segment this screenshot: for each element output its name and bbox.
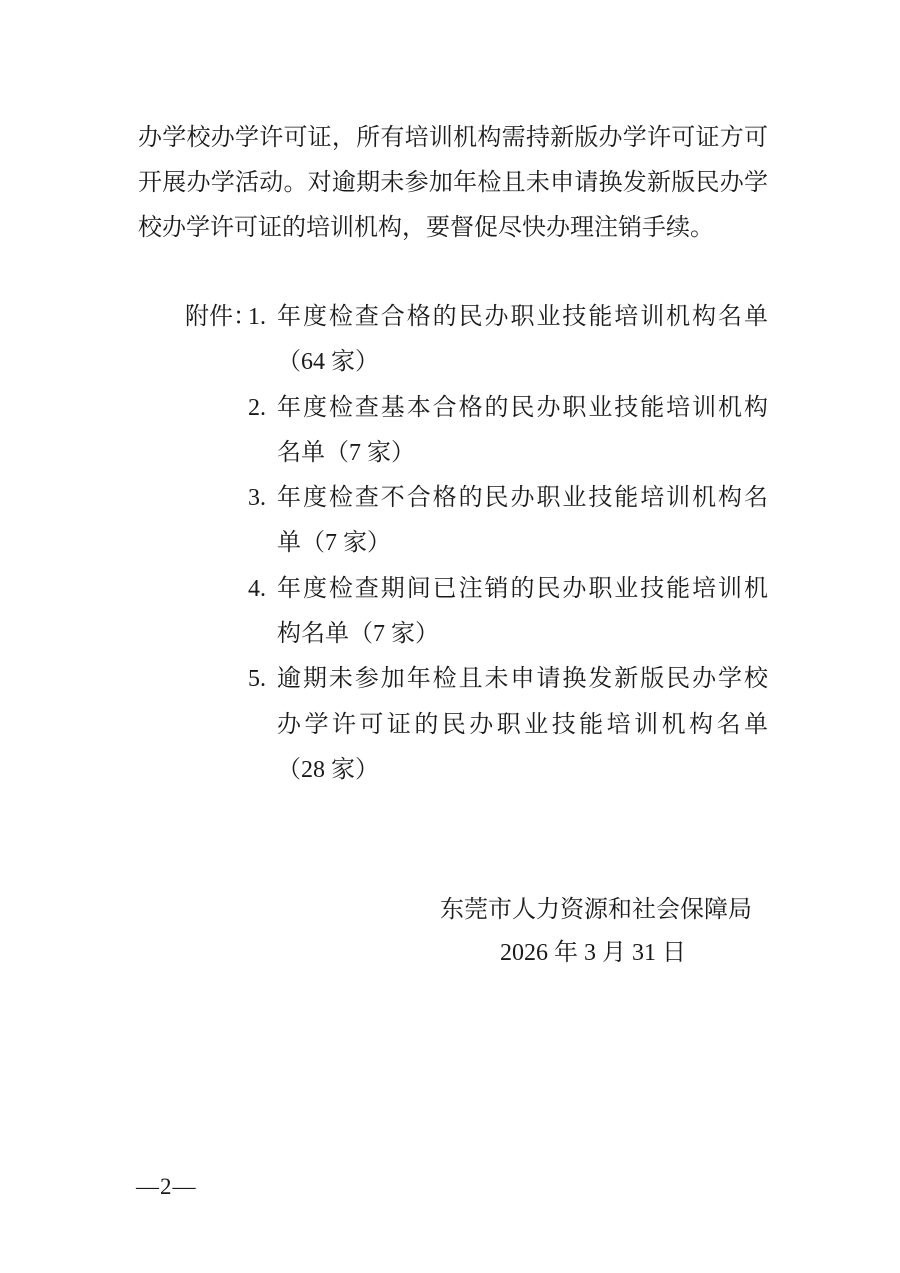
attachment-list: 附件：1.年度检查合格的民办职业技能培训机构名单（64 家）2.年度检查基本合格…: [138, 295, 768, 793]
attachment-item-continuation: 单（7 家）: [138, 521, 768, 566]
attachment-item-continuation: 办学许可证的民办职业技能培训机构名单: [138, 703, 768, 748]
attachment-item-continuation: 名单（7 家）: [138, 431, 768, 476]
attachment-item-number: 1.: [248, 295, 266, 340]
attachment-item: 2.年度检查基本合格的民办职业技能培训机构: [138, 386, 768, 431]
paragraph-line: 开展办学活动。对逾期未参加年检且未申请换发新版民办学: [138, 161, 768, 206]
attachment-item-continuation: （28 家）: [138, 748, 768, 793]
signature-date: 2026 年 3 月 31 日: [500, 931, 686, 976]
attachment-item-continuation: （64 家）: [138, 340, 768, 385]
attachment-item-line: （64 家）: [277, 340, 768, 385]
attachment-item: 5.逾期未参加年检且未申请换发新版民办学校: [138, 657, 768, 702]
attachments-label: 附件：: [185, 295, 257, 340]
body-paragraph: 办学校办学许可证，所有培训机构需持新版办学许可证方可 开展办学活动。对逾期未参加…: [138, 116, 768, 251]
attachment-item-line: 年度检查不合格的民办职业技能培训机构名: [277, 476, 768, 521]
attachment-item-line: 构名单（7 家）: [277, 612, 768, 657]
attachment-item-number: 4.: [248, 567, 266, 612]
attachment-item: 3.年度检查不合格的民办职业技能培训机构名: [138, 476, 768, 521]
attachment-item-number: 5.: [248, 657, 266, 702]
attachment-item-number: 3.: [248, 476, 266, 521]
document-page: 办学校办学许可证，所有培训机构需持新版办学许可证方可 开展办学活动。对逾期未参加…: [0, 0, 900, 1273]
attachment-item-line: （28 家）: [277, 748, 768, 793]
signature-issuer: 东莞市人力资源和社会保障局: [440, 888, 752, 933]
attachment-item-number: 2.: [248, 386, 266, 431]
attachment-item-continuation: 构名单（7 家）: [138, 612, 768, 657]
page-number: —2—: [136, 1172, 197, 1202]
paragraph-line: 校办学许可证的培训机构，要督促尽快办理注销手续。: [138, 206, 768, 251]
attachment-item-line: 年度检查合格的民办职业技能培训机构名单: [277, 295, 768, 340]
attachment-item-line: 年度检查基本合格的民办职业技能培训机构: [277, 386, 768, 431]
attachment-item-line: 单（7 家）: [277, 521, 768, 566]
attachment-item-line: 办学许可证的民办职业技能培训机构名单: [277, 703, 768, 748]
paragraph-line: 办学校办学许可证，所有培训机构需持新版办学许可证方可: [138, 116, 768, 161]
attachment-item-line: 名单（7 家）: [277, 431, 768, 476]
attachment-item-line: 年度检查期间已注销的民办职业技能培训机: [277, 567, 768, 612]
attachment-item: 4.年度检查期间已注销的民办职业技能培训机: [138, 567, 768, 612]
attachment-item: 附件：1.年度检查合格的民办职业技能培训机构名单: [138, 295, 768, 340]
attachment-item-line: 逾期未参加年检且未申请换发新版民办学校: [277, 657, 768, 702]
